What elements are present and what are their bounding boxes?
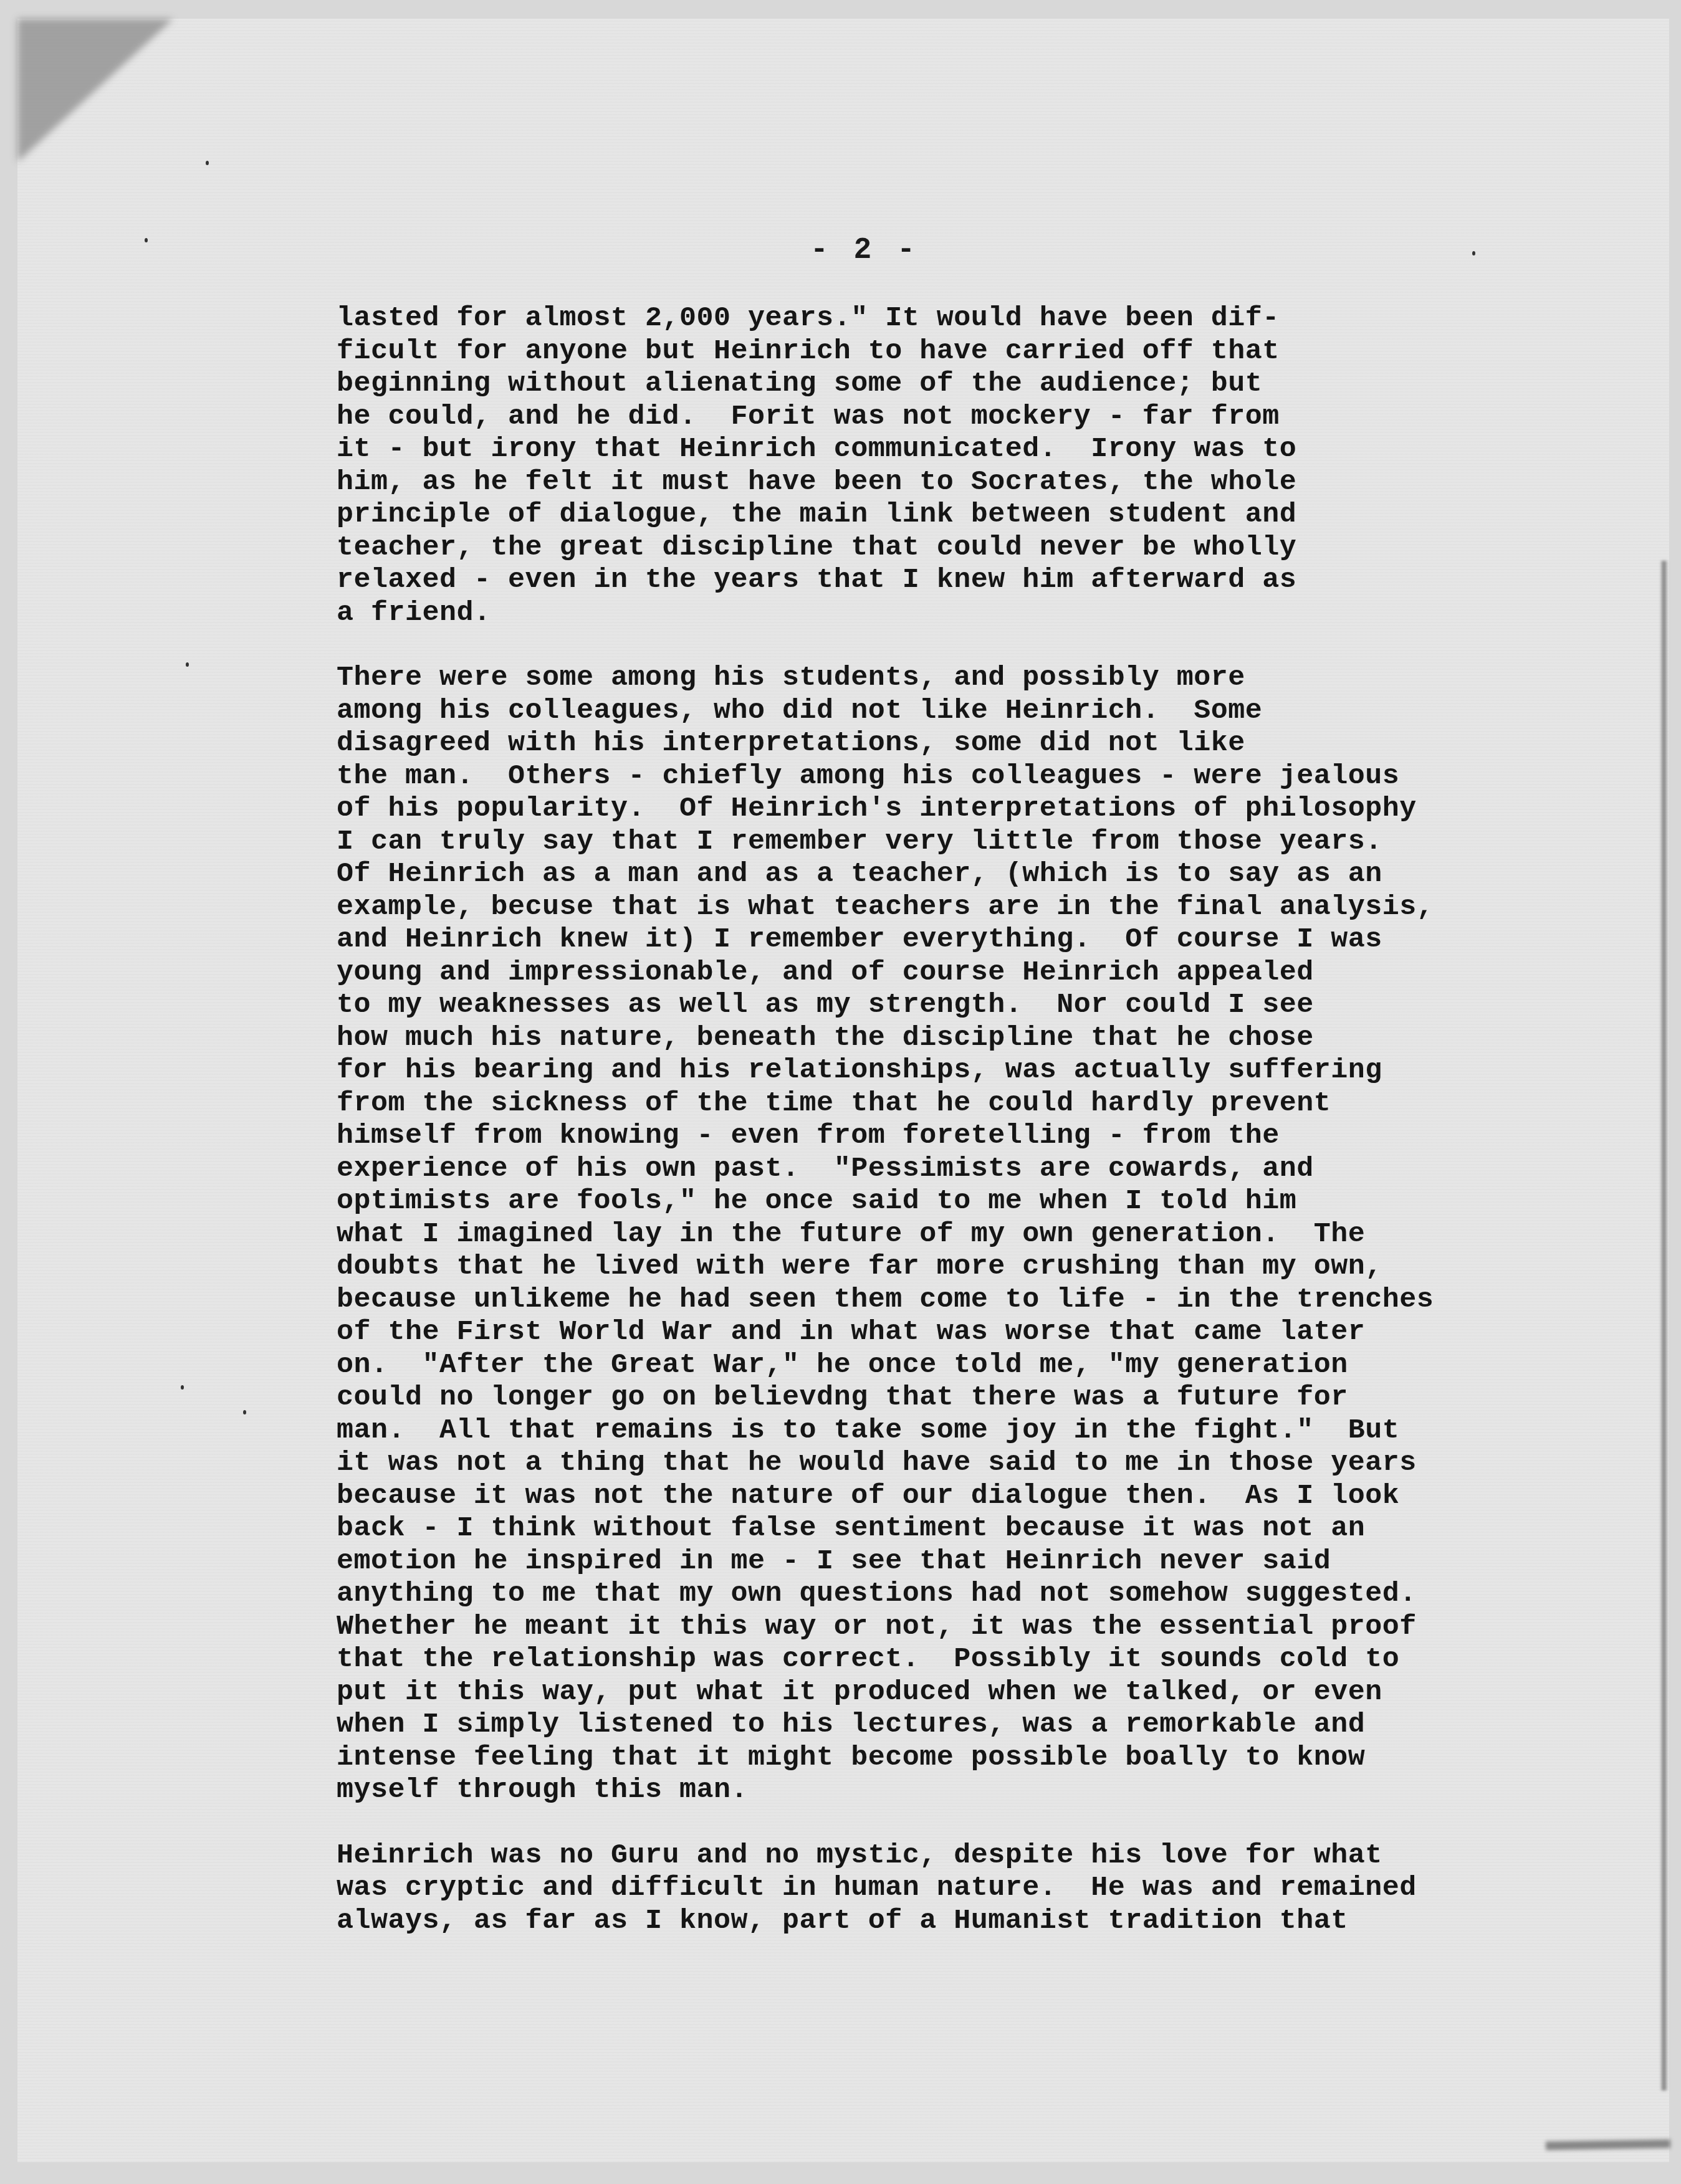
folded-corner xyxy=(17,19,173,162)
text-line: because unlikeme he had seen them come t… xyxy=(337,1284,1645,1317)
paragraph-1: lasted for almost 2,000 years." It would… xyxy=(337,302,1645,629)
page-edge-shadow xyxy=(1661,561,1667,2091)
text-line: of the First World War and in what was w… xyxy=(337,1316,1645,1349)
ink-speck xyxy=(243,1410,246,1414)
text-line: optimists are fools," he once said to me… xyxy=(337,1185,1645,1218)
text-line: ficult for anyone but Heinrich to have c… xyxy=(337,335,1645,368)
page-number: - 2 - xyxy=(810,234,919,267)
text-line: of his popularity. Of Heinrich's interpr… xyxy=(337,793,1645,826)
text-line: back - I think without false sentiment b… xyxy=(337,1512,1645,1545)
text-line: could no longer go on believdng that the… xyxy=(337,1381,1645,1414)
text-line: what I imagined lay in the future of my … xyxy=(337,1218,1645,1251)
text-line: anything to me that my own questions had… xyxy=(337,1578,1645,1611)
text-line: intense feeling that it might become pos… xyxy=(337,1742,1645,1775)
text-line: was cryptic and difficult in human natur… xyxy=(337,1872,1645,1905)
text-line: he could, and he did. Forit was not mock… xyxy=(337,401,1645,434)
text-line: it - but irony that Heinrich communicate… xyxy=(337,433,1645,466)
text-line: emotion he inspired in me - I see that H… xyxy=(337,1545,1645,1578)
text-line: example, becuse that is what teachers ar… xyxy=(337,891,1645,924)
text-line: to my weaknesses as well as my strength.… xyxy=(337,989,1645,1022)
text-line: how much his nature, beneath the discipl… xyxy=(337,1022,1645,1055)
text-line: himself from knowing - even from foretel… xyxy=(337,1120,1645,1153)
text-line: man. All that remains is to take some jo… xyxy=(337,1414,1645,1447)
text-line: relaxed - even in the years that I knew … xyxy=(337,564,1645,597)
text-line: Of Heinrich as a man and as a teacher, (… xyxy=(337,858,1645,891)
text-line: Heinrich was no Guru and no mystic, desp… xyxy=(337,1839,1645,1872)
text-line: doubts that he lived with were far more … xyxy=(337,1251,1645,1284)
ink-speck xyxy=(206,161,209,165)
text-line: teacher, the great discipline that could… xyxy=(337,532,1645,565)
text-line: a friend. xyxy=(337,597,1645,630)
document-body: lasted for almost 2,000 years." It would… xyxy=(337,302,1645,1970)
text-line: experience of his own past. "Pessimists … xyxy=(337,1153,1645,1186)
ink-speck xyxy=(181,1385,184,1390)
text-line: disagreed with his interpretations, some… xyxy=(337,727,1645,760)
text-line: on. "After the Great War," he once told … xyxy=(337,1349,1645,1382)
text-line: among his colleagues, who did not like H… xyxy=(337,695,1645,728)
text-line: for his bearing and his relationships, w… xyxy=(337,1054,1645,1087)
text-line: young and impressionable, and of course … xyxy=(337,956,1645,989)
text-line: because it was not the nature of our dia… xyxy=(337,1480,1645,1513)
text-line: that the relationship was correct. Possi… xyxy=(337,1643,1645,1676)
text-line: when I simply listened to his lectures, … xyxy=(337,1709,1645,1742)
text-line: lasted for almost 2,000 years." It would… xyxy=(337,302,1645,335)
text-line: principle of dialogue, the main link bet… xyxy=(337,498,1645,532)
ink-speck xyxy=(186,662,189,667)
text-line: him, as he felt it must have been to Soc… xyxy=(337,466,1645,499)
ink-speck xyxy=(145,238,148,242)
text-line: it was not a thing that he would have sa… xyxy=(337,1447,1645,1480)
text-line: Whether he meant it this way or not, it … xyxy=(337,1611,1645,1644)
text-line: There were some among his students, and … xyxy=(337,662,1645,695)
paragraph-2: There were some among his students, and … xyxy=(337,662,1645,1807)
text-line: myself through this man. xyxy=(337,1774,1645,1807)
text-line: put it this way, put what it produced wh… xyxy=(337,1676,1645,1709)
text-line: beginning without alienating some of the… xyxy=(337,368,1645,401)
text-line: always, as far as I know, part of a Huma… xyxy=(337,1905,1645,1938)
paragraph-3: Heinrich was no Guru and no mystic, desp… xyxy=(337,1839,1645,1938)
text-line: and Heinrich knew it) I remember everyth… xyxy=(337,923,1645,956)
text-line: the man. Others - chiefly among his coll… xyxy=(337,760,1645,793)
text-line: from the sickness of the time that he co… xyxy=(337,1087,1645,1120)
ink-speck xyxy=(1472,251,1475,255)
text-line: I can truly say that I remember very lit… xyxy=(337,826,1645,859)
